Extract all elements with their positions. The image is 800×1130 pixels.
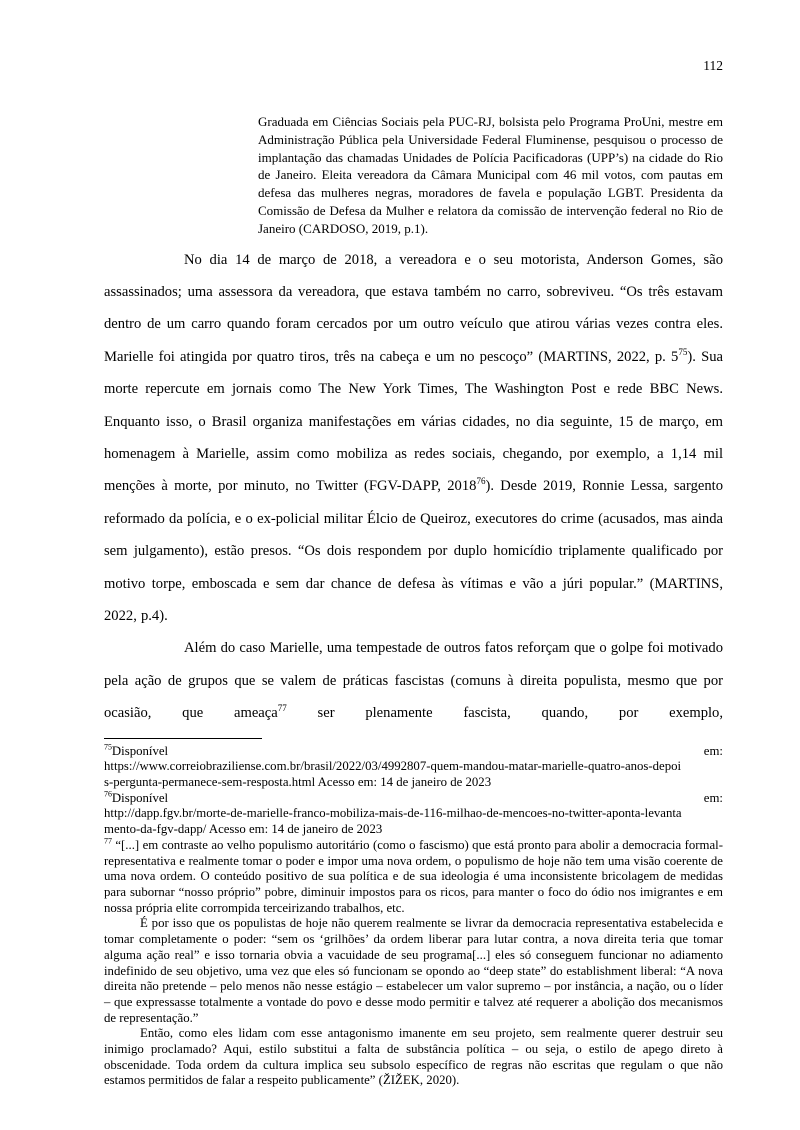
footnote-url-line: http://dapp.fgv.br/morte-de-marielle-fra…	[104, 806, 723, 822]
footnote: 77 “[...] em contraste ao velho populism…	[104, 838, 723, 1089]
footnote-separator	[104, 738, 262, 739]
page-number: 112	[703, 58, 723, 74]
footnote-paragraph: Então, como eles lidam com esse antagoni…	[104, 1026, 723, 1089]
footnote: 76Disponívelem:http://dapp.fgv.br/morte-…	[104, 791, 723, 838]
footnote-lead: 75Disponível	[104, 744, 168, 760]
footnote-availability-line: 75Disponívelem:	[104, 744, 723, 760]
footnote-ref: 77	[104, 837, 112, 846]
body-text: No dia 14 de março de 2018, a vereadora …	[104, 244, 723, 730]
footnote-paragraph: É por isso que os populistas de hoje não…	[104, 916, 723, 1026]
footnote-ref: 75	[678, 347, 687, 357]
footnote-ref: 75	[104, 742, 112, 751]
footnote-ref: 76	[104, 790, 112, 799]
footnote-tail: em:	[704, 791, 723, 807]
footnote-url-line: mento-da-fgv-dapp/ Acesso em: 14 de jane…	[104, 822, 723, 838]
document-page: 112 Graduada em Ciências Sociais pela PU…	[0, 0, 800, 1130]
footnote-url-line: https://www.correiobraziliense.com.br/br…	[104, 759, 723, 775]
footnote-paragraph: 77 “[...] em contraste ao velho populism…	[104, 838, 723, 917]
footnote-url-line: s-pergunta-permanece-sem-resposta.html A…	[104, 775, 723, 791]
block-quote: Graduada em Ciências Sociais pela PUC-RJ…	[258, 113, 723, 238]
body-paragraph: Além do caso Marielle, uma tempestade de…	[104, 632, 723, 729]
footnote-lead: 76Disponível	[104, 791, 168, 807]
footnote-ref: 76	[476, 477, 485, 487]
footnotes: 75Disponívelem:https://www.correiobrazil…	[104, 744, 723, 1089]
footnote-availability-line: 76Disponívelem:	[104, 791, 723, 807]
body-paragraph: No dia 14 de março de 2018, a vereadora …	[104, 244, 723, 633]
footnote-ref: 77	[278, 703, 287, 713]
footnote-tail: em:	[704, 744, 723, 760]
footnote: 75Disponívelem:https://www.correiobrazil…	[104, 744, 723, 791]
